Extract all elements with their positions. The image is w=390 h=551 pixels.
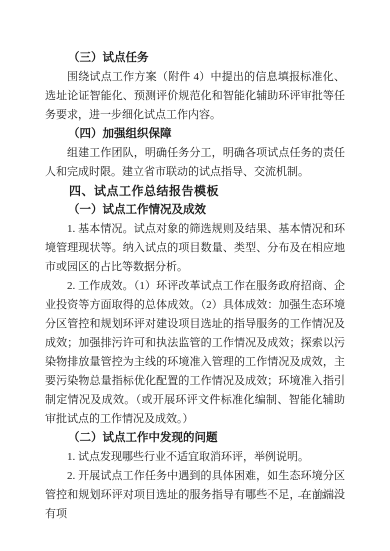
paragraph-problem-1: 1. 试点发现哪些行业不适宜取消环评，举例说明。 bbox=[45, 448, 345, 467]
page-number: — 25 — bbox=[298, 491, 345, 502]
paragraph-organizational-support: 组建工作团队，明确任务分工，明确各项试点任务的责任人和完成时限。建立省市联动的试… bbox=[45, 144, 345, 182]
paragraph-pilot-tasks: 围绕试点工作方案（附件 4）中提出的信息填报标准化、选址论证智能化、预测评价规范… bbox=[45, 68, 345, 125]
heading-summary-report-template: 四、试点工作总结报告模板 bbox=[45, 182, 345, 201]
paragraph-work-results: 2. 工作成效。（1）环评改革试点工作在服务政府招商、企业投资等方面取得的总体成… bbox=[45, 277, 345, 429]
document-body: （三）试点任务 围绕试点工作方案（附件 4）中提出的信息填报标准化、选址论证智能… bbox=[45, 49, 345, 524]
heading-work-status-results: （一）试点工作情况及成效 bbox=[45, 201, 345, 220]
heading-organizational-support: （四）加强组织保障 bbox=[45, 125, 345, 144]
document-page: （三）试点任务 围绕试点工作方案（附件 4）中提出的信息填报标准化、选址论证智能… bbox=[0, 0, 390, 551]
heading-problems-found: （二）试点工作中发现的问题 bbox=[45, 429, 345, 448]
paragraph-basic-situation: 1. 基本情况。试点对象的筛选规则及结果、基本情况和环境管理现状等。纳入试点的项… bbox=[45, 220, 345, 277]
heading-pilot-tasks: （三）试点任务 bbox=[45, 49, 345, 68]
